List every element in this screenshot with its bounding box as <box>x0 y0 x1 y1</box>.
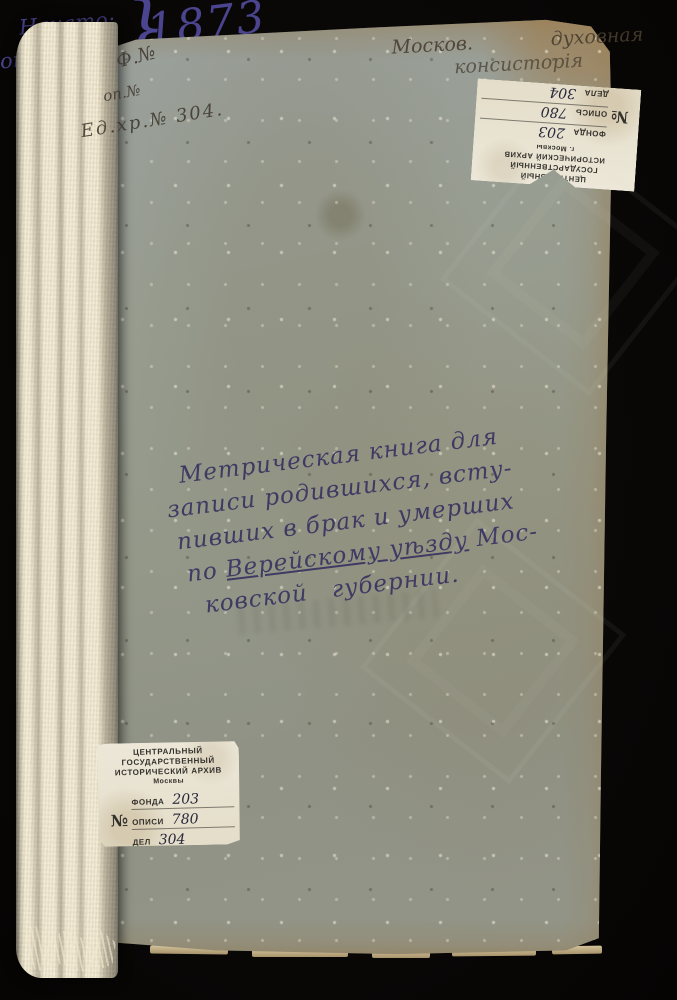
fond-tag: ФОНДА <box>573 125 606 138</box>
upper-label-rows: ФОНДА 203 ОПИСЬ 780 ДЕЛА 304 <box>479 78 609 147</box>
fond-value: 203 <box>538 123 566 140</box>
archive-photo: Ф.№ оп.№ Ед.хр.№ 304. Москов. духовная к… <box>0 0 677 1000</box>
opis-value: 780 <box>540 103 568 120</box>
delo-tag: ДЕЛА <box>584 86 609 99</box>
spine-fray <box>24 926 116 974</box>
title-line4-pre: по <box>186 557 228 588</box>
fond-value: 203 <box>172 792 199 808</box>
numero-sign: № <box>104 810 132 830</box>
opis-tag: ОПИСЬ <box>575 105 607 118</box>
lower-label-grid: № ФОНДА 203 ОПИСИ 780 ДЕЛ 304 <box>104 787 236 850</box>
lower-label-rows: ФОНДА 203 ОПИСИ 780 ДЕЛ 304 <box>131 787 235 850</box>
label-row-fond: ФОНДА 203 <box>131 787 234 810</box>
upper-label-grid: № ФОНДА 203 ОПИСЬ 780 ДЕЛА 304 <box>479 78 637 149</box>
opis-tag: ОПИСИ <box>132 817 164 829</box>
consistory-word1: Москов. <box>391 32 473 58</box>
delo-value: 304 <box>549 83 577 100</box>
fond-tag: ФОНДА <box>131 797 164 809</box>
numero-sign: № <box>606 107 635 128</box>
label-row-opis: ОПИСИ 780 <box>132 807 235 830</box>
lower-archive-label: ЦЕНТРАЛЬНЫЙ ГОСУДАРСТВЕННЫЙ ИСТОРИЧЕСКИЙ… <box>97 740 242 848</box>
opis-value: 780 <box>172 812 199 828</box>
